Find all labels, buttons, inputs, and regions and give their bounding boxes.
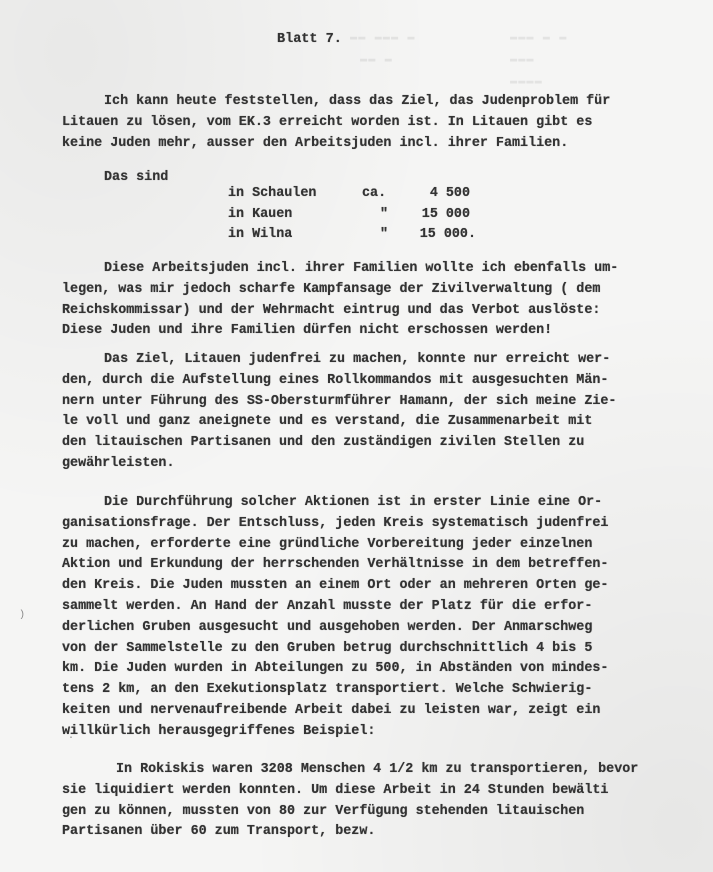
text-line: Ich kann heute feststellen, dass das Zie… — [104, 92, 713, 113]
text-line: keiten und nervenaufreibende Arbeit dabe… — [62, 701, 713, 722]
text-line: Die Durchführung solcher Aktionen ist in… — [104, 493, 713, 514]
text-line: Litauen zu lösen, vom EK.3 erreicht word… — [62, 113, 713, 134]
page-title: Blatt 7. — [277, 30, 713, 51]
text-line: willkürlich herausgegriffenes Beispiel: — [62, 722, 713, 743]
text-line: legen, was mir jedoch scharfe Kampfansag… — [62, 280, 713, 301]
bleed-through-text: ▬▬▬ — [510, 52, 535, 66]
margin-mark: · — [68, 733, 74, 744]
text-line: den litauischen Partisanen und den zustä… — [62, 433, 713, 454]
text-line: le voll und ganz aneignete und es versta… — [62, 412, 713, 433]
text-line: tens 2 km, an den Exekutionsplatz transp… — [62, 680, 713, 701]
text-line: Reichskommissar) und der Wehrmacht eintr… — [62, 301, 713, 322]
text-line: km. Die Juden wurden in Abteilungen zu 5… — [62, 659, 713, 680]
text-line: In Rokiskis waren 3208 Menschen 4 1/2 km… — [116, 760, 713, 781]
bleed-through-text: ▬▬ ▬ — [360, 52, 393, 66]
text-line: derlichen Gruben ausgesucht und ausgehob… — [62, 618, 713, 639]
count-cell: 15 000. — [0, 225, 476, 246]
text-line: zu machen, erforderte eine gründliche Vo… — [62, 535, 713, 556]
text-line: Partisanen über 60 zum Transport, bezw. — [62, 822, 713, 843]
text-line: Aktion und Erkundung der herrschenden Ve… — [62, 555, 713, 576]
text-line: gewährleisten. — [62, 454, 713, 475]
bleed-through-text: ▬▬▬▬ — [510, 74, 543, 88]
text-line: nern unter Führung des SS-Obersturmführe… — [62, 392, 713, 413]
text-line: sammelt werden. An Hand der Anzahl musst… — [62, 597, 713, 618]
text-line: Diese Juden und ihre Familien dürfen nic… — [62, 321, 713, 342]
margin-mark: ) — [19, 610, 25, 621]
count-cell: 4 500 — [0, 184, 470, 205]
text-line: keine Juden mehr, ausser den Arbeitsjude… — [62, 134, 713, 155]
text-line: Das Ziel, Litauen judenfrei zu machen, k… — [104, 350, 713, 371]
text-line: ganisationsfrage. Der Entschluss, jeden … — [62, 514, 713, 535]
text-line: den Kreis. Die Juden mussten an einem Or… — [62, 576, 713, 597]
text-line: sie liquidiert werden konnten. Um diese … — [62, 781, 713, 802]
text-line: von der Sammelstelle zu den Gruben betru… — [62, 639, 713, 660]
count-cell: 15 000 — [0, 205, 470, 226]
scanned-page: Historical primary source: Jäger Report … — [0, 0, 713, 872]
text-line: Diese Arbeitsjuden incl. ihrer Familien … — [104, 259, 713, 280]
text-line: den, durch die Aufstellung eines Rollkom… — [62, 371, 713, 392]
text-line: gen zu können, mussten von 80 zur Verfüg… — [62, 802, 713, 823]
